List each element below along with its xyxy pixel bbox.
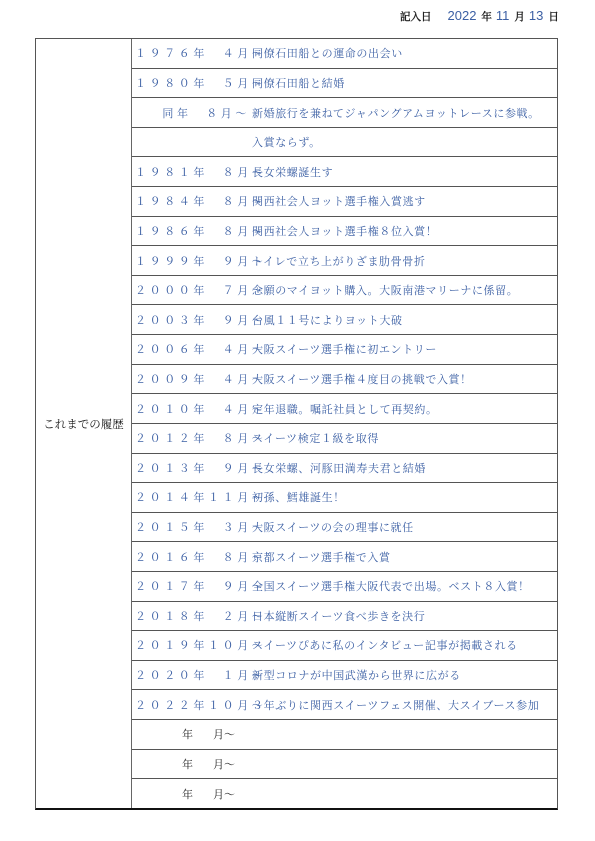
event-text[interactable]: 定年退職。嘱託社員として再契約。 <box>250 401 438 417</box>
table-row[interactable]: １９７６年 ４月～同僚石田船との運命の出会い <box>132 39 557 69</box>
year-unit: 年 <box>182 786 193 802</box>
entry-month-field[interactable]: 11 <box>496 8 510 23</box>
event-text[interactable]: 新型コロナが中国武漢から世界に広がる <box>250 667 461 683</box>
year-unit: 年 <box>481 9 492 24</box>
event-text[interactable]: 台風１１号によりヨット大破 <box>250 312 403 328</box>
year-month: ２０２２年１０月～ <box>132 697 250 713</box>
month-unit: 月～ <box>213 786 235 802</box>
table-row[interactable]: ２０００年 ７月～念願のマイヨット購入。大阪南港マリーナに係留。 <box>132 276 557 306</box>
event-text[interactable]: スイーツぴあに私のインタビュー記事が掲載される <box>250 637 518 653</box>
blank-row[interactable]: 年月～ <box>132 779 557 808</box>
blank-row[interactable]: 年月～ <box>132 720 557 750</box>
entry-date-label: 記入日 <box>400 9 432 24</box>
table-row[interactable]: ２００９年 ４月～大阪スイーツ選手権４度目の挑戦で入賞！ <box>132 365 557 395</box>
event-text[interactable]: 同僚石田船との運命の出会い <box>250 45 403 61</box>
event-text[interactable]: 日本縦断スイーツ食べ歩きを決行 <box>250 608 425 624</box>
year-month: 同年 ８月～ <box>132 105 250 121</box>
table-row[interactable]: 同年 ８月～新婚旅行を兼ねてジャパングアムヨットレースに参戦。 <box>132 98 557 128</box>
year-month: ２０１３年 ９月～ <box>132 460 250 476</box>
table-row[interactable]: １９８４年 ８月～関西社会人ヨット選手権入賞逃す <box>132 187 557 217</box>
year-month-placeholder: 年月～ <box>132 726 250 742</box>
entry-date: 記入日 2022 年 11 月 13 日 <box>400 8 580 26</box>
event-text[interactable]: 長女栄螺誕生す <box>250 164 333 180</box>
year-month: ２０１９年１０月～ <box>132 637 250 653</box>
event-text[interactable]: 京都スイーツ選手権で入賞 <box>250 549 391 565</box>
year-unit: 年 <box>182 756 193 772</box>
month-unit: 月～ <box>213 756 235 772</box>
year-month-placeholder: 年月～ <box>132 756 250 772</box>
year-month: ２００６年 ４月～ <box>132 341 250 357</box>
table-row[interactable]: ２０２２年１０月～３年ぶりに関西スイーツフェス開催、大スイブース参加 <box>132 690 557 720</box>
event-text[interactable]: 大阪スイーツ選手権に初エントリー <box>250 341 437 357</box>
event-text[interactable]: 全国スイーツ選手権大阪代表で出場。ベスト８入賞！ <box>250 578 530 594</box>
table-row[interactable]: ２０１６年 ８月～京都スイーツ選手権で入賞 <box>132 542 557 572</box>
year-month: ２０００年 ７月～ <box>132 282 250 298</box>
table-row[interactable]: １９９９年 ９月～トイレで立ち上がりざま肋骨骨折 <box>132 246 557 276</box>
year-month: ２０１４年１１月～ <box>132 489 250 505</box>
year-month: １９９９年 ９月～ <box>132 253 250 269</box>
year-month: ２００３年 ９月～ <box>132 312 250 328</box>
table-row[interactable]: ２０１７年 ９月～全国スイーツ選手権大阪代表で出場。ベスト８入賞！ <box>132 572 557 602</box>
event-text[interactable]: 大阪スイーツ選手権４度目の挑戦で入賞！ <box>250 371 472 387</box>
table-row[interactable]: １９８６年 ８月～関西社会人ヨット選手権８位入賞！ <box>132 217 557 247</box>
year-month: ２０２０年 １月～ <box>132 667 250 683</box>
event-text[interactable]: 新婚旅行を兼ねてジャパングアムヨットレースに参戦。 <box>250 105 540 121</box>
table-row[interactable]: ２０１０年 ４月～定年退職。嘱託社員として再契約。 <box>132 394 557 424</box>
section-label: これまでの履歴 <box>36 39 132 808</box>
event-text[interactable]: 関西社会人ヨット選手権８位入賞！ <box>250 223 437 239</box>
year-month: ２０１６年 ８月～ <box>132 549 250 565</box>
event-text[interactable]: 長女栄螺、河豚田満寿夫君と結婚 <box>250 460 426 476</box>
event-text[interactable]: 大阪スイーツの会の理事に就任 <box>250 519 414 535</box>
event-text[interactable]: 同僚石田船と結婚 <box>250 75 345 91</box>
event-text[interactable]: 関西社会人ヨット選手権入賞逃す <box>250 193 426 209</box>
blank-row[interactable]: 年月～ <box>132 750 557 780</box>
month-unit: 月～ <box>213 726 235 742</box>
entry-year-field[interactable]: 2022 <box>448 8 477 23</box>
event-text[interactable]: ３年ぶりに関西スイーツフェス開催、大スイブース参加 <box>250 697 539 713</box>
table-row[interactable]: ２００６年 ４月～大阪スイーツ選手権に初エントリー <box>132 335 557 365</box>
event-text[interactable]: 入賞ならず。 <box>250 134 321 150</box>
table-row[interactable]: １９８１年 ８月～長女栄螺誕生す <box>132 157 557 187</box>
year-month: １９８０年 ５月～ <box>132 75 250 91</box>
year-month: １９８１年 ８月～ <box>132 164 250 180</box>
table-row[interactable]: ２０１８年 ２月～日本縦断スイーツ食べ歩きを決行 <box>132 602 557 632</box>
table-row[interactable]: ２０１４年１１月～初孫、鱈雄誕生！ <box>132 483 557 513</box>
year-unit: 年 <box>182 726 193 742</box>
year-month: １９８６年 ８月～ <box>132 223 250 239</box>
year-month: ２０１７年 ９月～ <box>132 578 250 594</box>
table-row[interactable]: ２０２０年 １月～新型コロナが中国武漢から世界に広がる <box>132 661 557 691</box>
year-month-placeholder: 年月～ <box>132 786 250 802</box>
table-row[interactable]: ２００３年 ９月～台風１１号によりヨット大破 <box>132 305 557 335</box>
event-text[interactable]: スイーツ検定１級を取得 <box>250 430 379 446</box>
table-row[interactable]: ２０１２年 ８月～スイーツ検定１級を取得 <box>132 424 557 454</box>
table-row[interactable]: ２０１３年 ９月～長女栄螺、河豚田満寿夫君と結婚 <box>132 454 557 484</box>
day-unit: 日 <box>548 9 559 24</box>
year-month: １９７６年 ４月～ <box>132 45 250 61</box>
year-month: ２０１２年 ８月～ <box>132 430 250 446</box>
history-table: これまでの履歴 １９７６年 ４月～同僚石田船との運命の出会い １９８０年 ５月～… <box>35 38 558 810</box>
table-row[interactable]: 入賞ならず。 <box>132 128 557 158</box>
year-month: ２０１８年 ２月～ <box>132 608 250 624</box>
year-month: １９８４年 ８月～ <box>132 193 250 209</box>
year-month: ２００９年 ４月～ <box>132 371 250 387</box>
history-rows: １９７６年 ４月～同僚石田船との運命の出会い １９８０年 ５月～同僚石田船と結婚… <box>132 39 557 808</box>
event-text[interactable]: トイレで立ち上がりざま肋骨骨折 <box>250 253 425 269</box>
table-row[interactable]: ２０１９年１０月～スイーツぴあに私のインタビュー記事が掲載される <box>132 631 557 661</box>
year-month: ２０１０年 ４月～ <box>132 401 250 417</box>
event-text[interactable]: 初孫、鱈雄誕生！ <box>250 489 345 505</box>
event-text[interactable]: 念願のマイヨット購入。大阪南港マリーナに係留。 <box>250 282 518 298</box>
month-unit: 月 <box>514 9 525 24</box>
year-month: ２０１５年 ３月～ <box>132 519 250 535</box>
table-row[interactable]: ２０１５年 ３月～大阪スイーツの会の理事に就任 <box>132 513 557 543</box>
entry-day-field[interactable]: 13 <box>529 8 543 23</box>
table-row[interactable]: １９８０年 ５月～同僚石田船と結婚 <box>132 69 557 99</box>
